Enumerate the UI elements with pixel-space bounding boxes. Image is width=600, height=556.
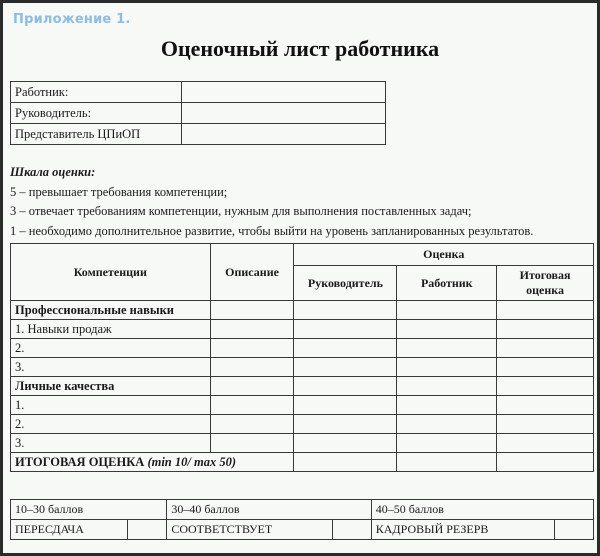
competency-label: 3. [11, 434, 211, 453]
final-cell[interactable] [497, 320, 594, 339]
competency-label: 2. [11, 339, 211, 358]
section-label: Профессиональные навыки [11, 301, 211, 320]
info-row-manager: Руководитель: [11, 103, 386, 124]
employee-cell[interactable] [397, 377, 497, 396]
employee-cell[interactable] [397, 339, 497, 358]
description-cell[interactable] [210, 358, 294, 377]
table-row: 3. [11, 358, 594, 377]
info-table: Работник: Руководитель: Представитель ЦП… [10, 81, 386, 145]
employee-cell[interactable] [397, 358, 497, 377]
representative-field[interactable] [182, 124, 386, 145]
manager-cell[interactable] [294, 377, 397, 396]
section-row: Профессиональные навыки [11, 301, 594, 320]
description-cell[interactable] [210, 434, 294, 453]
info-label: Представитель ЦПиОП [11, 124, 182, 145]
range-low: 10–30 баллов [11, 500, 167, 520]
competency-label: 1. [11, 396, 211, 415]
manager-cell[interactable] [294, 339, 397, 358]
final-cell[interactable] [497, 377, 594, 396]
outcome-reserve-checkbox[interactable] [555, 520, 594, 540]
total-employee-cell[interactable] [397, 453, 497, 472]
description-cell[interactable] [210, 320, 294, 339]
info-row-representative: Представитель ЦПиОП [11, 124, 386, 145]
final-cell[interactable] [497, 339, 594, 358]
description-cell[interactable] [210, 301, 294, 320]
table-row: 2. [11, 415, 594, 434]
employee-field[interactable] [182, 82, 386, 103]
table-row: 2. [11, 339, 594, 358]
outcome-retake-checkbox[interactable] [128, 520, 167, 540]
competency-label: 3. [11, 358, 211, 377]
manager-cell[interactable] [294, 434, 397, 453]
info-row-employee: Работник: [11, 82, 386, 103]
employee-cell[interactable] [397, 301, 497, 320]
header-final: Итоговая оценка [497, 266, 594, 301]
total-label: ИТОГОВАЯ ОЦЕНКА (min 10/ max 50) [11, 453, 294, 472]
final-cell[interactable] [497, 358, 594, 377]
header-description: Описание [210, 244, 294, 301]
total-range: (min 10/ max 50) [147, 455, 236, 469]
employee-cell[interactable] [397, 320, 497, 339]
section-label: Личные качества [11, 377, 211, 396]
description-cell[interactable] [210, 377, 294, 396]
header-rating: Оценка [294, 244, 594, 266]
outcome-meets: СООТВЕТСТВУЕТ [167, 520, 332, 540]
final-cell[interactable] [497, 415, 594, 434]
page-title: Оценочный лист работника [3, 36, 597, 62]
competency-table: Компетенции Описание Оценка Руководитель… [10, 243, 594, 472]
section-row: Личные качества [11, 377, 594, 396]
rating-scale: Шкала оценки: 5 – превышает требования к… [10, 163, 533, 241]
appendix-label: Приложение 1. [13, 12, 131, 27]
manager-cell[interactable] [294, 301, 397, 320]
header-manager: Руководитель [294, 266, 397, 301]
range-high: 40–50 баллов [371, 500, 593, 520]
scale-item: 1 – необходимо дополнительное развитие, … [10, 222, 533, 242]
table-row: 1. Навыки продаж [11, 320, 594, 339]
employee-cell[interactable] [397, 415, 497, 434]
results-table: 10–30 баллов 30–40 баллов 40–50 баллов П… [10, 499, 594, 540]
competency-label: 2. [11, 415, 211, 434]
description-cell[interactable] [210, 415, 294, 434]
manager-cell[interactable] [294, 415, 397, 434]
manager-cell[interactable] [294, 320, 397, 339]
info-label: Работник: [11, 82, 182, 103]
info-label: Руководитель: [11, 103, 182, 124]
header-competencies: Компетенции [11, 244, 211, 301]
employee-cell[interactable] [397, 434, 497, 453]
outcome-retake: ПЕРЕСДАЧА [11, 520, 128, 540]
total-row: ИТОГОВАЯ ОЦЕНКА (min 10/ max 50) [11, 453, 594, 472]
final-cell[interactable] [497, 301, 594, 320]
competency-label: 1. Навыки продаж [11, 320, 211, 339]
employee-cell[interactable] [397, 396, 497, 415]
manager-cell[interactable] [294, 396, 397, 415]
scale-heading: Шкала оценки: [10, 163, 533, 183]
outcome-meets-checkbox[interactable] [332, 520, 371, 540]
description-cell[interactable] [210, 339, 294, 358]
range-mid: 30–40 баллов [167, 500, 371, 520]
manager-cell[interactable] [294, 358, 397, 377]
manager-field[interactable] [182, 103, 386, 124]
scale-item: 3 – отвечает требованиям компетенции, ну… [10, 202, 533, 222]
table-row: 1. [11, 396, 594, 415]
final-cell[interactable] [497, 434, 594, 453]
total-final-cell[interactable] [497, 453, 594, 472]
final-cell[interactable] [497, 396, 594, 415]
description-cell[interactable] [210, 396, 294, 415]
total-manager-cell[interactable] [294, 453, 397, 472]
outcome-reserve: КАДРОВЫЙ РЕЗЕРВ [371, 520, 554, 540]
scale-item: 5 – превышает требования компетенции; [10, 183, 533, 203]
page: Приложение 1. Оценочный лист работника Р… [3, 3, 597, 553]
table-row: 3. [11, 434, 594, 453]
header-employee: Работник [397, 266, 497, 301]
